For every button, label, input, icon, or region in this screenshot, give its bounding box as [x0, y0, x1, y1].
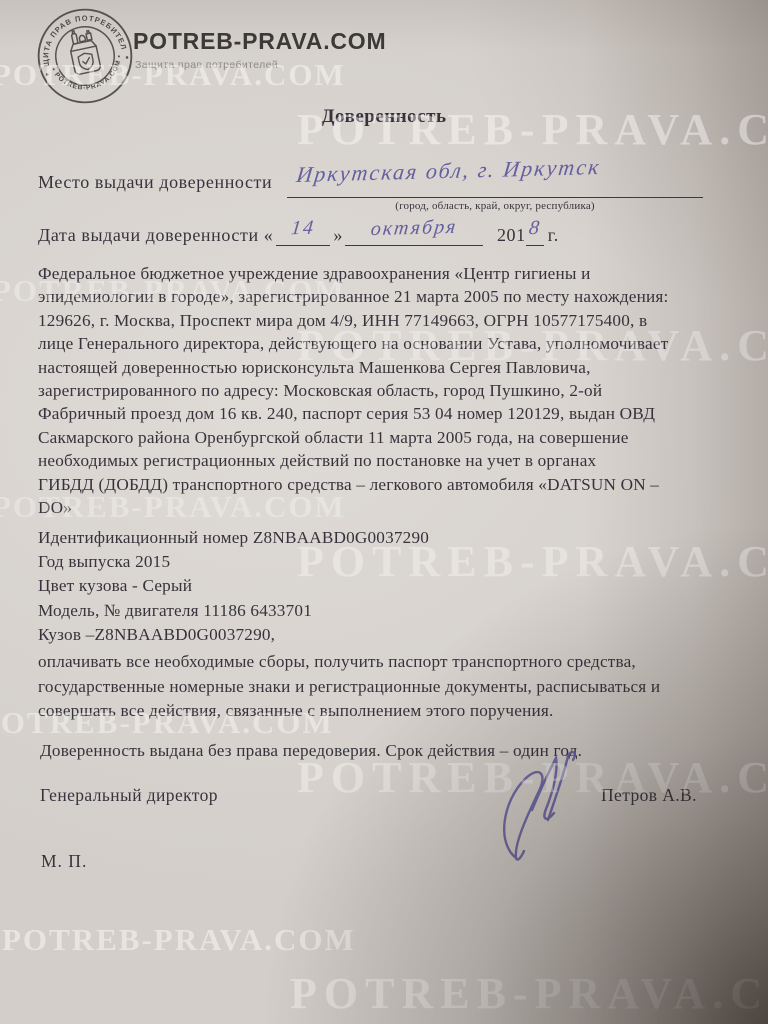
- text-line: DO»: [38, 498, 750, 521]
- brand-name: POTREB-PRAVA.COM: [133, 28, 386, 55]
- text-line: Фабричный проезд дом 16 кв. 240, паспорт…: [38, 404, 750, 427]
- place-of-issue-label: Место выдачи доверенности: [38, 172, 272, 193]
- text-line: ГИБДД (ДОБДД) транспортного средства – л…: [38, 475, 750, 498]
- text-line: Год выпуска 2015: [38, 552, 429, 576]
- text-line: Федеральное бюджетное учреждение здравоо…: [38, 264, 750, 287]
- handwritten-month: октября: [369, 216, 458, 241]
- text-line: Идентификационный номер Z8NBAABD0G003729…: [38, 528, 429, 552]
- text-line: зарегистрированного по адресу: Московска…: [38, 381, 750, 404]
- handwritten-year-digit: 8: [527, 217, 542, 240]
- text-line: совершать все действия, связанные с выпо…: [38, 701, 660, 726]
- year-abbr: г.: [548, 225, 559, 246]
- brand-tagline: Защита прав потребителей: [135, 59, 278, 71]
- duties-paragraph: оплачивать все необходимые сборы, получи…: [38, 652, 660, 726]
- text-line: оплачивать все необходимые сборы, получи…: [38, 652, 660, 677]
- watermark-text: POTREB-PRAVA.COM: [2, 922, 356, 958]
- svg-text:• POTREB-PRAVA.COM •: • POTREB-PRAVA.COM •: [49, 53, 129, 99]
- watermark-text: POTREB-PRAVA.COM: [290, 968, 768, 1019]
- date-month-slot: октября: [345, 217, 483, 246]
- date-label: Дата выдачи доверенности: [38, 225, 259, 246]
- text-line: государственные номерные знаки и регистр…: [38, 677, 660, 702]
- date-day-slot: 14: [276, 217, 330, 246]
- date-year-slot: 8: [526, 217, 544, 246]
- handwritten-signature: [476, 746, 598, 866]
- stamp-placeholder: М. П.: [41, 851, 87, 872]
- signer-name: Петров А.В.: [601, 785, 697, 806]
- seal-bottom-text: • POTREB-PRAVA.COM •: [49, 53, 129, 99]
- text-line: настоящей доверенностью юрисконсульта Ма…: [38, 358, 750, 381]
- handwritten-place-text: Иркутская обл, г. Иркутск: [295, 154, 602, 188]
- text-line: 129626, г. Москва, Проспект мира дом 4/9…: [38, 311, 750, 334]
- text-line: Цвет кузова - Серый: [38, 576, 429, 600]
- close-quote: »: [333, 225, 343, 246]
- year-prefix: 201: [497, 225, 526, 246]
- text-line: лице Генерального директора, действующег…: [38, 334, 750, 357]
- vehicle-details: Идентификационный номер Z8NBAABD0G003729…: [38, 528, 429, 649]
- place-of-issue-value: Иркутская обл, г. Иркутск: [297, 158, 697, 184]
- document-title: Доверенность: [0, 106, 768, 128]
- open-quote: «: [264, 225, 274, 246]
- text-line: эпидемиологии в городе», зарегистрирован…: [38, 287, 750, 310]
- shield-check-icon: [78, 52, 95, 71]
- text-line: необходимых регистрационных действий по …: [38, 451, 750, 474]
- signer-title: Генеральный директор: [40, 785, 218, 806]
- scanned-document-page: ЗАЩИТА ПРАВ ПОТРЕБИТЕЛЕЙ • POTREB-PRAVA.…: [0, 0, 768, 1024]
- place-of-issue-hint: (город, область, край, округ, республика…: [287, 200, 703, 212]
- main-paragraph: Федеральное бюджетное учреждение здравоо…: [38, 264, 750, 521]
- potreb-prava-seal-logo: ЗАЩИТА ПРАВ ПОТРЕБИТЕЛЕЙ • POTREB-PRAVA.…: [25, 0, 146, 116]
- text-line: Модель, № двигателя 11186 6433701: [38, 601, 429, 625]
- text-line: Сакмарского района Оренбургской области …: [38, 428, 750, 451]
- date-of-issue-row: Дата выдачи доверенности « 14 » октября …: [38, 218, 559, 246]
- text-line: Кузов –Z8NBAABD0G0037290,: [38, 625, 429, 649]
- handwritten-day: 14: [290, 217, 317, 241]
